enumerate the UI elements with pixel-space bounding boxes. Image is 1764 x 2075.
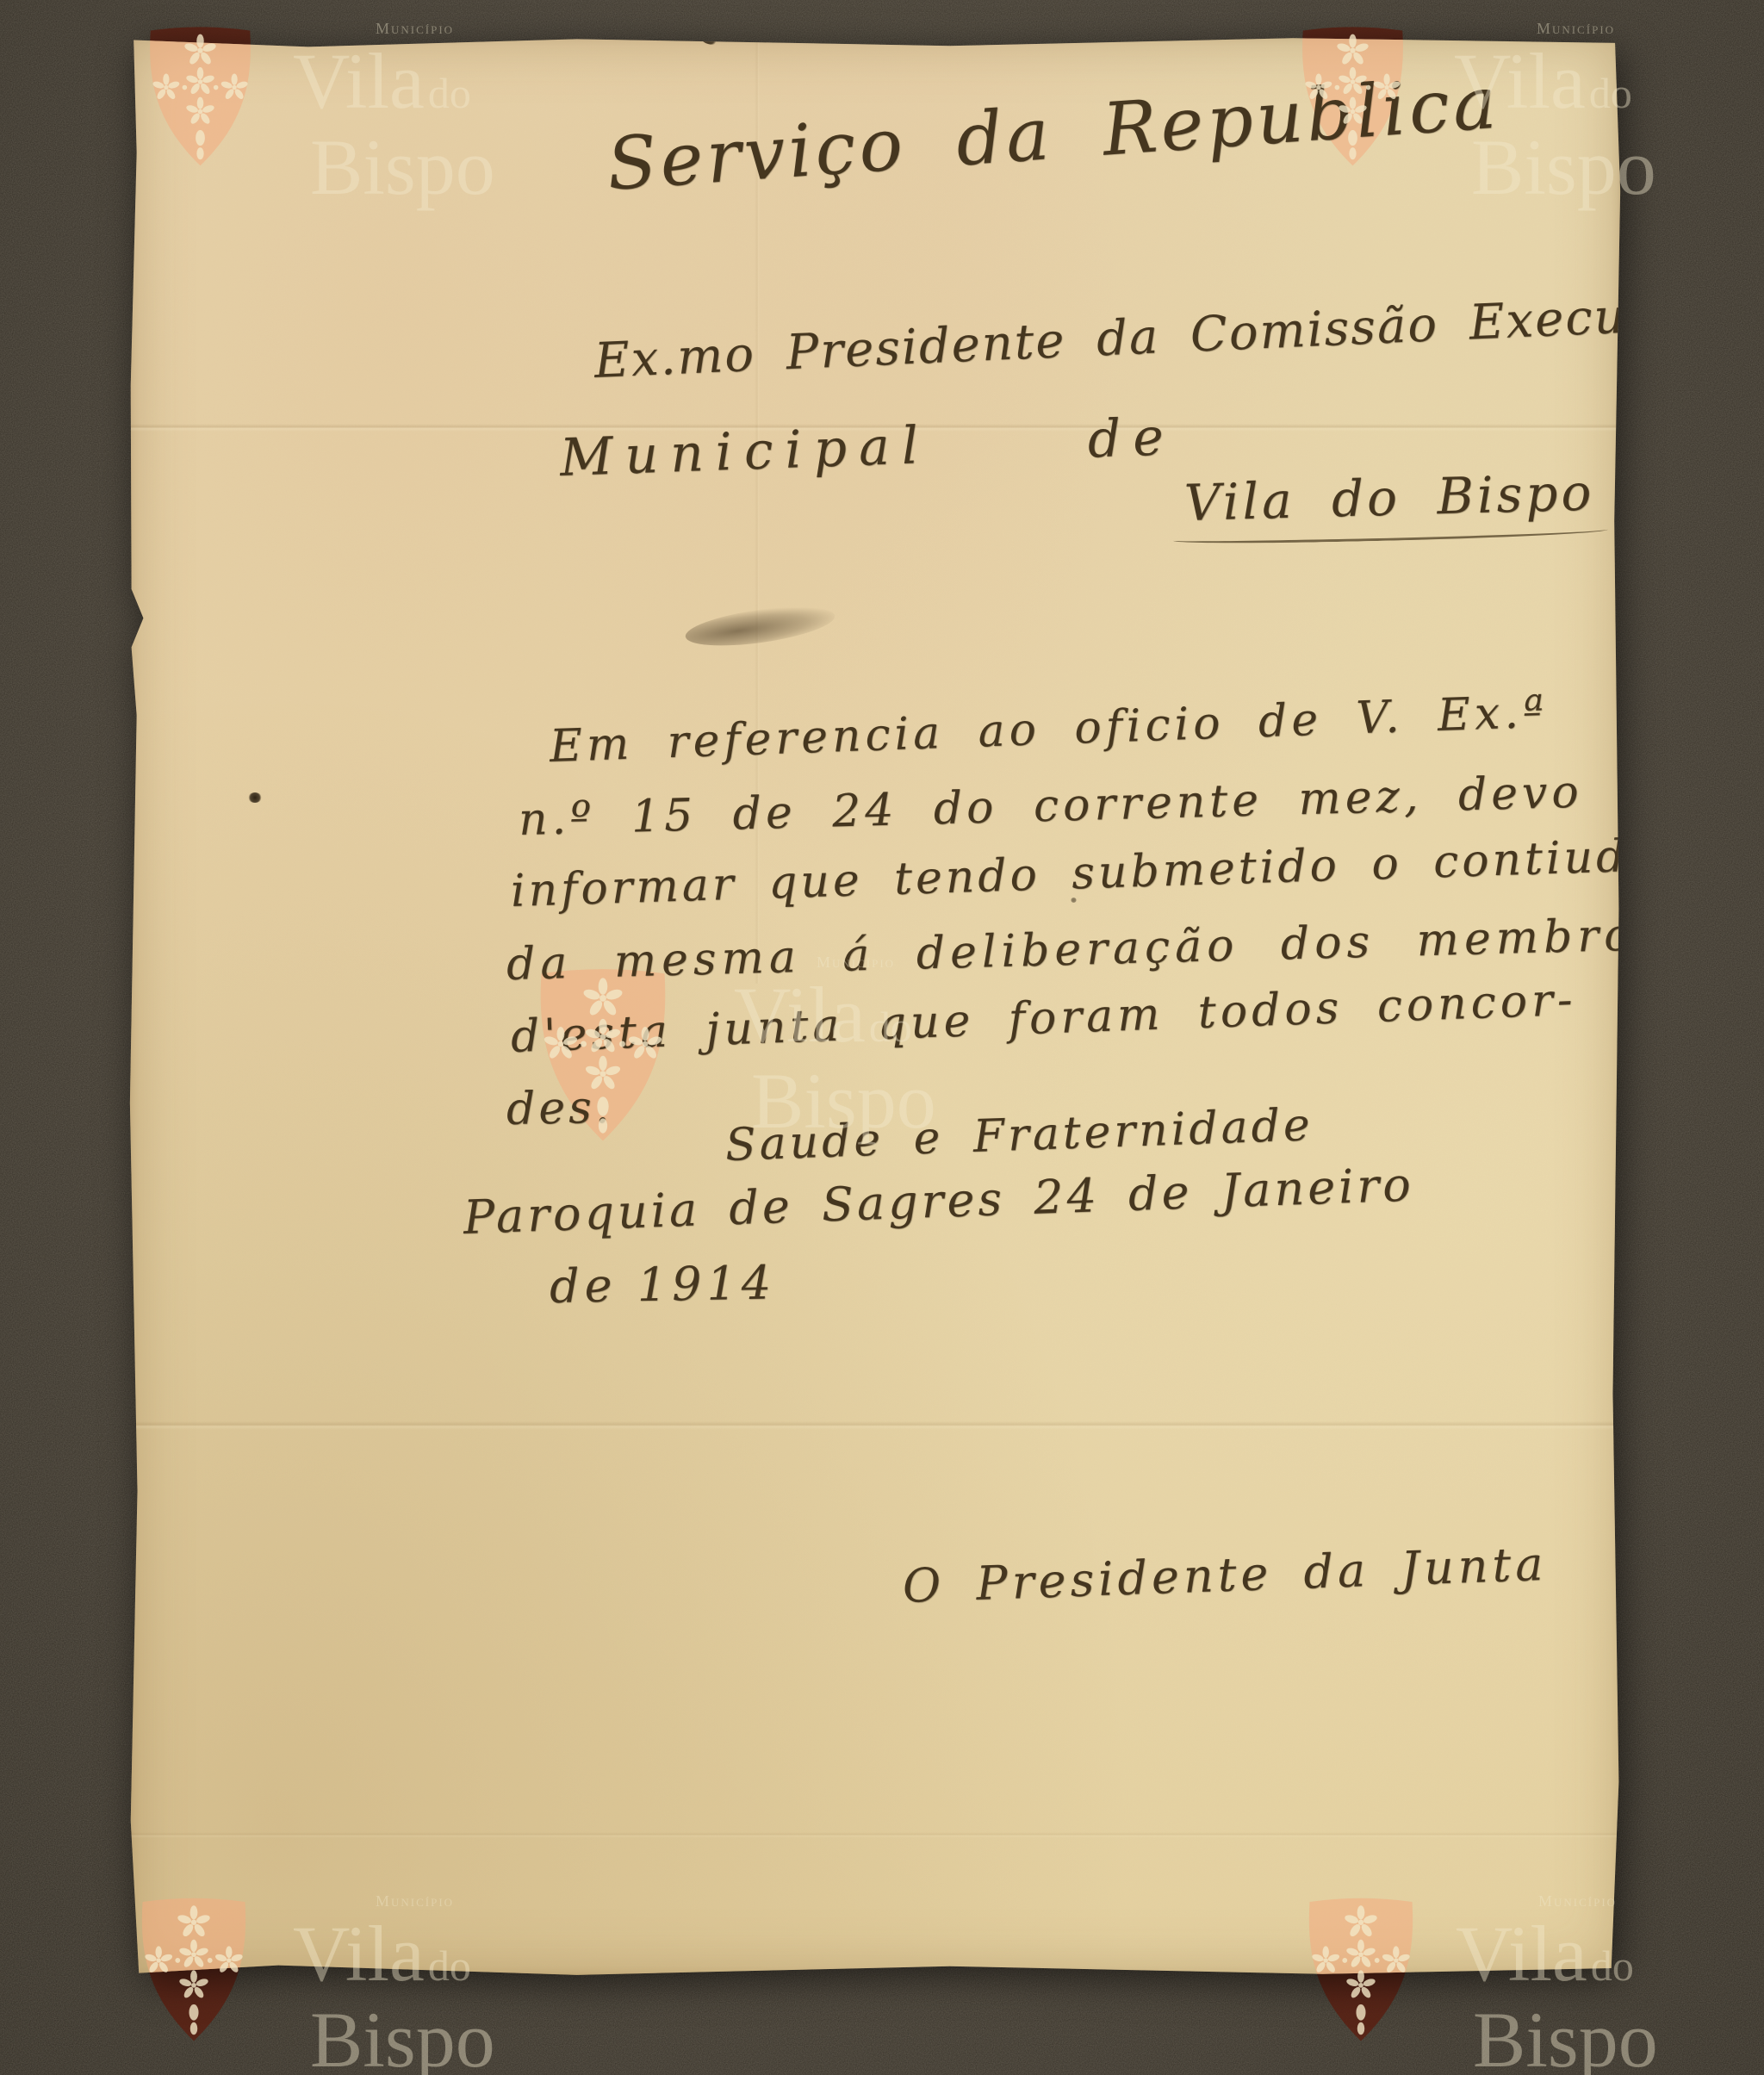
body-line: Em referencia ao oficio de V. Ex.ª [549,686,1549,773]
fold-crease [129,1832,1621,1838]
paper-surface: Serviço da Republica Ex.mo Presidente da… [129,36,1621,1976]
body-line: des. [506,1082,612,1135]
watermark-shield-icon [504,963,702,1165]
addressee-line2: Municipal de [559,407,1177,488]
watermark-word3: Bispo [310,2000,495,2075]
dateline-line2: de 1914 [549,1255,776,1314]
watermark-small-text: Município [1537,21,1656,36]
addressee-place: Vila do Bispo [1183,463,1595,532]
signature-title: O Presidente da Junta [902,1537,1548,1613]
dateline-line1: Paroquia de Sagres 24 de Janeiro [463,1157,1415,1244]
body-line: informar que tendo submetido o contiudo [510,829,1621,917]
paper-sheet: Serviço da Republica Ex.mo Presidente da… [129,36,1621,1976]
ink-blot [248,792,262,803]
watermark-word3: Bispo [1473,2000,1658,2075]
body-line: n.º 15 de 24 do corrente mez, devo [518,767,1583,846]
scanned-photo: { "letter": { "header": "Serviço da Repu… [0,0,1764,2075]
watermark-shield-icon [129,1879,267,1976]
letter-header: Serviço da Republica [605,60,1502,207]
ink-smudge [683,600,837,653]
watermark-small-text: Município [376,21,495,36]
addressee-line1: Ex.mo Presidente da Comissão Executiva [593,284,1621,389]
fold-crease [129,1421,1621,1430]
ink-blot [698,36,719,47]
watermark-shield-icon [1288,1879,1434,1976]
closing-line: Saude e Fraternidade [724,1099,1314,1171]
body-line: d'esta junta que foram todos concor- [510,974,1577,1063]
watermark-shield-icon [129,36,271,201]
